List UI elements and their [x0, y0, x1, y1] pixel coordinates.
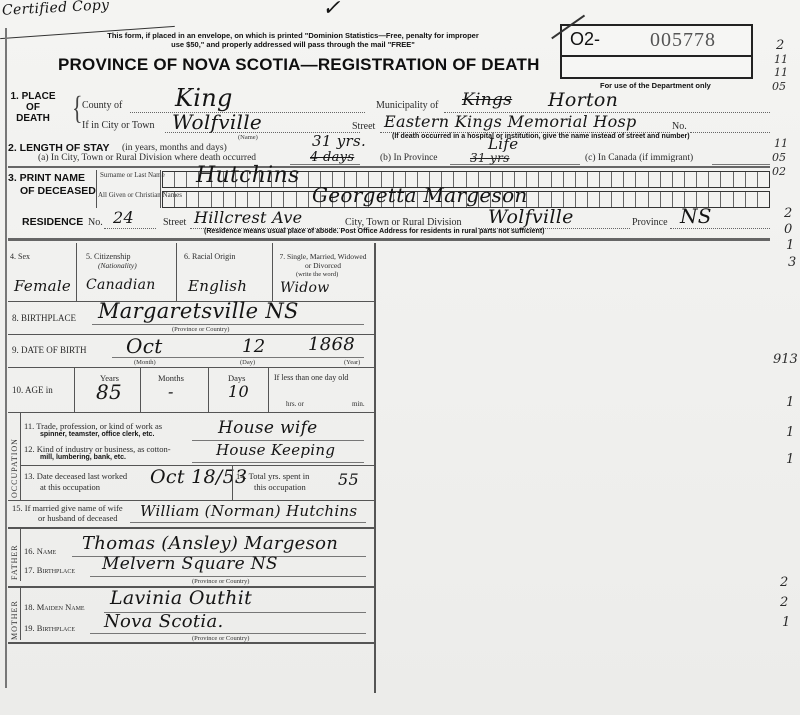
mailing-notice: This form, if placed in an envelope, on … — [68, 31, 518, 49]
residence-province-label: Province — [632, 217, 668, 228]
page-title: PROVINCE OF NOVA SCOTIA—REGISTRATION OF … — [58, 55, 540, 75]
industry-line — [192, 462, 364, 463]
divider — [74, 367, 75, 412]
street-label: Street — [352, 121, 375, 132]
divider — [208, 367, 209, 412]
mother-side-label: MOTHER — [10, 592, 19, 640]
sex-value: Female — [14, 277, 71, 295]
divider — [8, 642, 374, 644]
dob-day: 12 — [242, 336, 266, 357]
margin-code: 3 — [788, 255, 796, 270]
margin-code: 1 — [786, 425, 794, 440]
divider — [160, 170, 161, 208]
stay-city-value: 31 yrs. — [312, 132, 366, 150]
residence-no-label: No. — [88, 217, 103, 228]
hospital-note: (If death occurred in a hospital or inst… — [392, 133, 690, 140]
last-worked-sub: at this occupation — [40, 482, 100, 492]
trade-sub: spinner, teamster, office clerk, etc. — [40, 431, 154, 438]
trade-value: House wife — [218, 418, 318, 438]
dob-label: 9. DATE OF BIRTH — [12, 345, 86, 355]
residence-city-label: City, Town or Rural Division — [345, 217, 462, 228]
less-than-day-label: If less than one day old — [274, 373, 348, 382]
given-names-value: Georgetta Margeson — [312, 183, 528, 207]
dob-year-sub: (Year) — [344, 359, 360, 366]
residence-label: RESIDENCE — [22, 216, 83, 228]
brace-icon: { — [72, 89, 83, 128]
left-edge-line — [5, 28, 7, 688]
father-birthplace-value: Melvern Square NS — [102, 554, 278, 574]
citizenship-label: 5. Citizenship — [86, 252, 130, 261]
county-value: King — [175, 84, 233, 112]
residence-street-value: Hillcrest Ave — [194, 208, 302, 227]
divider — [8, 238, 770, 241]
regbox-divider — [562, 55, 751, 57]
city-label: If in City or Town — [82, 120, 154, 131]
marital-status-value: Widow — [280, 280, 330, 296]
total-years-sub: this occupation — [254, 482, 306, 492]
divider — [176, 243, 177, 301]
total-years-value: 55 — [338, 470, 359, 489]
residence-city-value: Wolfville — [488, 206, 574, 228]
street-no-line — [690, 132, 770, 133]
margin-code: 1 — [786, 395, 794, 410]
check-mark-icon: ✓ — [322, 0, 341, 21]
margin-code: 02 — [772, 165, 786, 178]
residence-province-line — [670, 228, 770, 229]
trade-label: 11. Trade, profession, or kind of work a… — [24, 421, 162, 431]
margin-code: 05 — [772, 151, 786, 164]
municipality-value: Horton — [548, 89, 618, 111]
stay-canada-label: (c) In Canada (if immigrant) — [585, 153, 693, 163]
mailing-notice-line1: This form, if placed in an envelope, on … — [68, 31, 518, 40]
column-divider — [374, 243, 376, 693]
street-no-label: No. — [672, 121, 687, 132]
father-name-value: Thomas (Ansley) Margeson — [82, 533, 338, 554]
city-value: Wolfville — [172, 110, 262, 134]
mother-birthplace-line — [90, 633, 366, 634]
last-worked-label: 13. Date deceased last worked — [24, 471, 127, 481]
father-birthplace-sub: (Province or Country) — [192, 578, 249, 585]
divider — [8, 500, 374, 501]
sex-label: 4. Sex — [10, 252, 30, 261]
registration-number-box: O2- 005778 — [560, 24, 753, 79]
mother-birthplace-sub: (Province or Country) — [192, 635, 249, 642]
registration-prefix: O2- — [570, 29, 600, 50]
heading-line: OF DECEASED — [8, 185, 96, 198]
length-of-stay-note: (in years, months and days) — [122, 143, 227, 153]
divider — [8, 412, 374, 413]
marital-status-label: 7. Single, Married, Widowed or Divorced — [276, 252, 370, 270]
residence-street-label: Street — [163, 217, 186, 228]
birthplace-label: 8. BIRTHPLACE — [12, 313, 76, 323]
margin-code: 11 — [774, 53, 788, 66]
heading-line: OF — [8, 102, 58, 113]
total-years-label: 14. Total yrs. spent in — [236, 471, 309, 481]
margin-code: 05 — [772, 80, 786, 93]
divider — [8, 367, 374, 368]
mailing-notice-line2: use $50," and properly addressed will pa… — [68, 40, 518, 49]
divider — [268, 367, 269, 412]
divider — [76, 243, 77, 301]
residence-province-value: NS — [680, 204, 712, 228]
residence-no-line — [104, 228, 156, 229]
heading-line: 3. PRINT NAME — [8, 172, 96, 185]
surname-label: Surname or Last Name — [100, 172, 162, 179]
divider — [8, 166, 770, 168]
margin-code: 11 — [774, 137, 788, 150]
residence-note: (Residence means usual place of abode. P… — [204, 228, 545, 235]
spouse-label: 15. If married give name of wife — [12, 503, 123, 513]
divider — [20, 588, 21, 640]
occupation-side-label: OCCUPATION — [10, 416, 19, 498]
dob-year: 1868 — [308, 334, 355, 355]
city-name-sub: (Name) — [238, 134, 258, 141]
residence-no-value: 24 — [113, 208, 134, 227]
min-label: min. — [352, 400, 365, 408]
father-name-label: 16. Name — [24, 546, 56, 556]
citizenship-value: Canadian — [86, 277, 156, 293]
mother-birthplace-value: Nova Scotia. — [104, 611, 224, 632]
citizenship-sub: (Nationality) — [98, 261, 137, 270]
print-name-heading: 3. PRINT NAME OF DECEASED — [8, 172, 96, 198]
age-days-value: 10 — [228, 382, 249, 401]
stay-province-label: (b) In Province — [380, 153, 438, 163]
spouse-sub: or husband of deceased — [38, 513, 118, 523]
margin-code: 2 — [776, 38, 784, 53]
father-birthplace-line — [90, 576, 366, 577]
industry-sub: mill, lumbering, bank, etc. — [40, 454, 126, 461]
street-value: Eastern Kings Memorial Hosp — [384, 112, 637, 131]
municipality-label: Municipality of — [376, 100, 439, 111]
racial-origin-label: 6. Racial Origin — [184, 252, 235, 261]
mother-birthplace-label: 19. Birthplace — [24, 623, 75, 633]
place-of-death-heading: 1. PLACE OF DEATH — [8, 91, 58, 124]
father-birthplace-label: 17. Birthplace — [24, 565, 75, 575]
margin-code: 2 — [780, 595, 788, 610]
stay-canada-line — [712, 164, 770, 165]
dob-month-sub: (Month) — [134, 359, 156, 366]
stay-city-label: (a) In City, Town or Rural Division wher… — [38, 153, 256, 163]
spouse-value: William (Norman) Hutchins — [140, 502, 357, 520]
age-months-value: - — [168, 382, 174, 401]
stay-province-struck: 31 yrs — [470, 151, 510, 165]
surname-value: Hutchins — [196, 163, 300, 188]
mother-maiden-value: Lavinia Outhit — [110, 587, 252, 609]
birthplace-line — [92, 324, 364, 325]
margin-code: 1 — [782, 615, 790, 630]
registration-number: 005778 — [650, 29, 716, 52]
divider — [140, 367, 141, 412]
dob-month: Oct — [126, 334, 163, 358]
margin-code: 2 — [780, 575, 788, 590]
mother-maiden-label: 18. Maiden Name — [24, 602, 85, 612]
margin-code: 1 — [786, 452, 794, 467]
stay-city-struck: 4 days — [310, 150, 354, 165]
margin-code: 1 — [786, 238, 794, 253]
father-side-label: FATHER — [10, 532, 19, 580]
death-registration-form: Certified Copy ✓ This form, if placed in… — [0, 0, 800, 715]
municipality-struck: Kings — [462, 90, 512, 110]
industry-value: House Keeping — [216, 441, 335, 459]
divider — [20, 529, 21, 581]
county-label: County of — [82, 100, 122, 111]
divider — [8, 527, 374, 529]
divider — [232, 465, 233, 500]
margin-code: 2 — [784, 206, 792, 221]
certified-copy-scrawl: Certified Copy — [2, 0, 110, 19]
dob-day-sub: (Day) — [240, 359, 255, 366]
age-years-value: 85 — [96, 380, 122, 404]
birthplace-value: Margaretsville NS — [98, 299, 299, 323]
divider — [96, 170, 97, 208]
given-names-label: All Given or Christian Names — [98, 192, 162, 199]
industry-label: 12. Kind of industry or business, as cot… — [24, 444, 171, 454]
marital-status-sub: (write the word) — [296, 271, 338, 278]
heading-line: 1. PLACE — [8, 91, 58, 102]
age-label: 10. AGE in — [12, 385, 53, 395]
margin-code: 0 — [784, 222, 792, 237]
divider — [272, 243, 273, 301]
hrs-label: hrs. or — [286, 400, 304, 408]
margin-code: 11 — [774, 66, 788, 79]
spouse-line — [130, 522, 366, 523]
divider — [20, 412, 21, 500]
birthplace-sub: (Province or Country) — [172, 326, 229, 333]
margin-code: 913 — [773, 352, 798, 367]
racial-origin-value: English — [188, 277, 247, 295]
heading-line: DEATH — [8, 113, 58, 124]
